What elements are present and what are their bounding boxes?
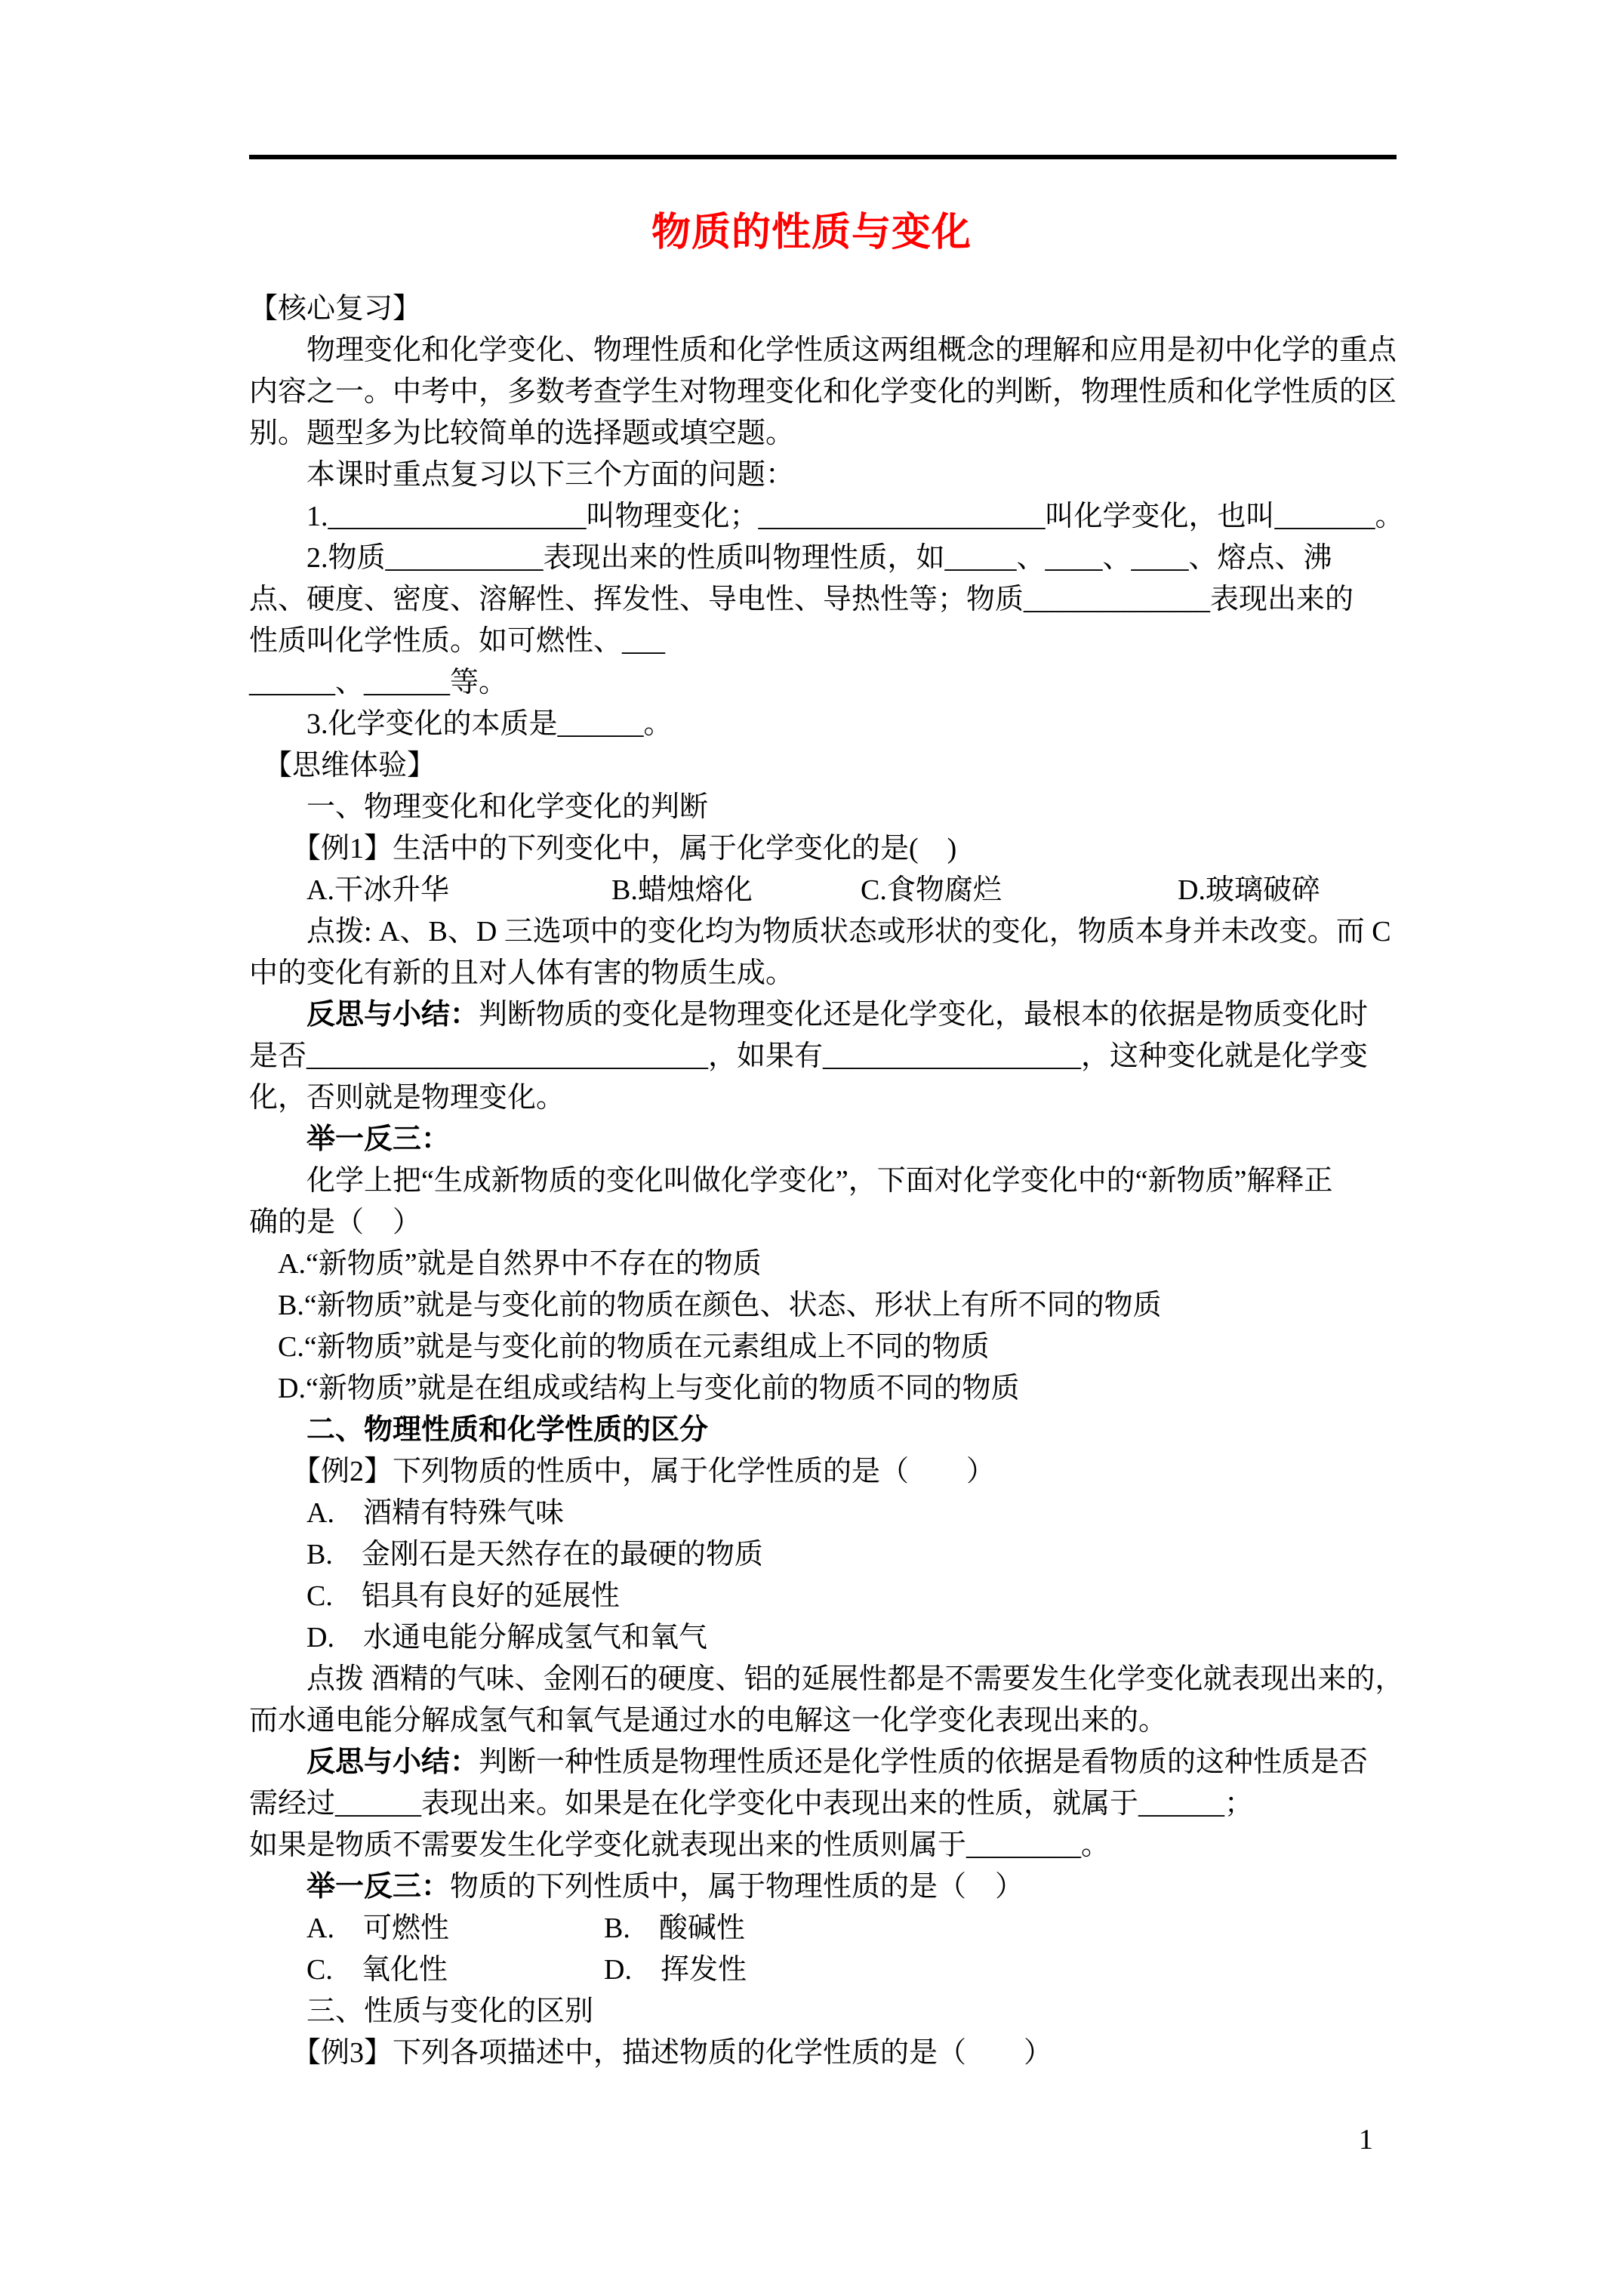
paragraph-line: 内容之一。中考中，多数考查学生对物理变化和化学变化的判断，物理性质和化学性质的区 [249, 371, 1404, 413]
reflection-summary-1: 反思与小结：判断物质的变化是物理变化还是化学变化，最根本的依据是物质变化时 [249, 994, 1404, 1036]
reflection-summary-text: 判断一种性质是物理性质还是化学性质的依据是看物质的这种性质是否 [479, 1746, 1368, 1778]
page-number: 1 [1359, 2123, 1373, 2157]
heading-core-review: 【核心复习】 [249, 288, 1404, 330]
analogy-heading-1: 举一反三： [249, 1119, 1404, 1160]
reflection-summary-label: 反思与小结： [249, 1746, 479, 1778]
reflection-summary-2-cont: 需经过______表现出来。如果是在化学变化中表现出来的性质，就属于______… [249, 1783, 1404, 1825]
fill-blank-item-2-cont: ______、______等。 [249, 662, 1404, 704]
reflection-summary-1-cont: 是否____________________________，如果有______… [249, 1036, 1404, 1077]
example-2-option-d: D. 水通电能分解成氢气和氧气 [249, 1617, 1404, 1659]
reflection-summary-2-cont: 如果是物质不需要发生化学变化就表现出来的性质则属于________。 [249, 1825, 1404, 1866]
paragraph-line: 别。题型多为比较简单的选择题或填空题。 [249, 413, 1404, 455]
analogy-1-option-b: B.“新物质”就是与变化前的物质在颜色、状态、形状上有所不同的物质 [249, 1285, 1404, 1327]
example-2-option-c: C. 铝具有良好的延展性 [249, 1576, 1404, 1617]
example-1-option-b: B.蜡烛熔化 [611, 870, 861, 911]
example-3-question: 【例3】下列各项描述中，描述物质的化学性质的是（ ） [249, 2032, 1404, 2074]
analogy-heading-2: 举一反三：物质的下列性质中，属于物理性质的是（ ） [249, 1866, 1404, 1908]
analogy-2-options-row-1: A. 可燃性B. 酸碱性 [249, 1908, 1404, 1949]
analogy-2-question: 物质的下列性质中，属于物理性质的是（ ） [450, 1871, 1024, 1903]
subheading-section-2: 二、物理性质和化学性质的区分 [249, 1410, 1404, 1451]
subheading-section-3: 三、性质与变化的区别 [249, 1991, 1404, 2032]
fill-blank-item-2-cont: 性质叫化学性质。如可燃性、___ [249, 621, 1404, 662]
analogy-1-option-a: A.“新物质”就是自然界中不存在的物质 [249, 1244, 1404, 1285]
fill-blank-item-3: 3.化学变化的本质是______。 [249, 704, 1404, 745]
reflection-summary-text: 判断物质的变化是物理变化还是化学变化，最根本的依据是物质变化时 [479, 999, 1368, 1031]
analogy-2-option-c: C. 氧化性 [306, 1949, 604, 1991]
analogy-1-question-cont: 确的是（ ） [249, 1202, 1404, 1244]
page-title: 物质的性质与变化 [0, 210, 1623, 255]
example-1-options: A.干冰升华B.蜡烛熔化C.食物腐烂D.玻璃破碎 [249, 870, 1404, 911]
reflection-summary-label: 反思与小结： [249, 999, 479, 1031]
analogy-label: 举一反三： [249, 1871, 450, 1903]
example-2-question: 【例2】下列物质的性质中，属于化学性质的是（ ） [249, 1451, 1404, 1493]
fill-blank-item-2-cont: 点、硬度、密度、溶解性、挥发性、导电性、导热性等；物质_____________… [249, 579, 1404, 621]
reflection-summary-2: 反思与小结：判断一种性质是物理性质还是化学性质的依据是看物质的这种性质是否 [249, 1742, 1404, 1783]
analogy-1-question: 化学上把“生成新物质的变化叫做化学变化”，下面对化学变化中的“新物质”解释正 [249, 1160, 1404, 1202]
analogy-label: 举一反三： [249, 1123, 450, 1155]
example-1-hint-cont: 中的变化有新的且对人体有害的物质生成。 [249, 953, 1404, 994]
header-rule [249, 155, 1397, 159]
example-2-hint: 点拨 酒精的气味、金刚石的硬度、铝的延展性都是不需要发生化学变化就表现出来的， [249, 1659, 1404, 1700]
paragraph-line: 物理变化和化学变化、物理性质和化学性质这两组概念的理解和应用是初中化学的重点 [249, 330, 1404, 371]
analogy-2-option-b: B. 酸碱性 [604, 1908, 745, 1949]
example-1-option-a: A.干冰升华 [306, 870, 611, 911]
analogy-2-option-d: D. 挥发性 [604, 1949, 747, 1991]
paragraph-line: 本课时重点复习以下三个方面的问题： [249, 455, 1404, 496]
fill-blank-item-2: 2.物质___________表现出来的性质叫物理性质，如_____、____、… [249, 538, 1404, 579]
analogy-1-option-c: C.“新物质”就是与变化前的物质在元素组成上不同的物质 [249, 1327, 1404, 1368]
example-1-question: 【例1】生活中的下列变化中，属于化学变化的是( ) [249, 828, 1404, 870]
subheading-section-1: 一、物理变化和化学变化的判断 [249, 787, 1404, 828]
example-1-option-c: C.食物腐烂 [861, 870, 1178, 911]
example-1-hint: 点拨: A、B、D 三选项中的变化均为物质状态或形状的变化，物质本身并未改变。而… [249, 911, 1404, 953]
analogy-2-options-row-2: C. 氧化性D. 挥发性 [249, 1949, 1404, 1991]
example-2-hint-cont: 而水通电能分解成氢气和氧气是通过水的电解这一化学变化表现出来的。 [249, 1700, 1404, 1742]
reflection-summary-1-cont: 化，否则就是物理变化。 [249, 1077, 1404, 1119]
example-2-option-a: A. 酒精有特殊气味 [249, 1493, 1404, 1534]
analogy-1-option-d: D.“新物质”就是在组成或结构上与变化前的物质不同的物质 [249, 1368, 1404, 1410]
heading-thinking-experience: 【思维体验】 [249, 745, 1404, 787]
analogy-2-option-a: A. 可燃性 [306, 1908, 604, 1949]
document-body: 【核心复习】 物理变化和化学变化、物理性质和化学性质这两组概念的理解和应用是初中… [249, 288, 1404, 2074]
worksheet-page: 物质的性质与变化 【核心复习】 物理变化和化学变化、物理性质和化学性质这两组概念… [0, 0, 1623, 2296]
example-1-option-d: D.玻璃破碎 [1178, 870, 1320, 911]
fill-blank-item-1: 1.__________________叫物理变化；______________… [249, 496, 1404, 538]
example-2-option-b: B. 金刚石是天然存在的最硬的物质 [249, 1534, 1404, 1576]
